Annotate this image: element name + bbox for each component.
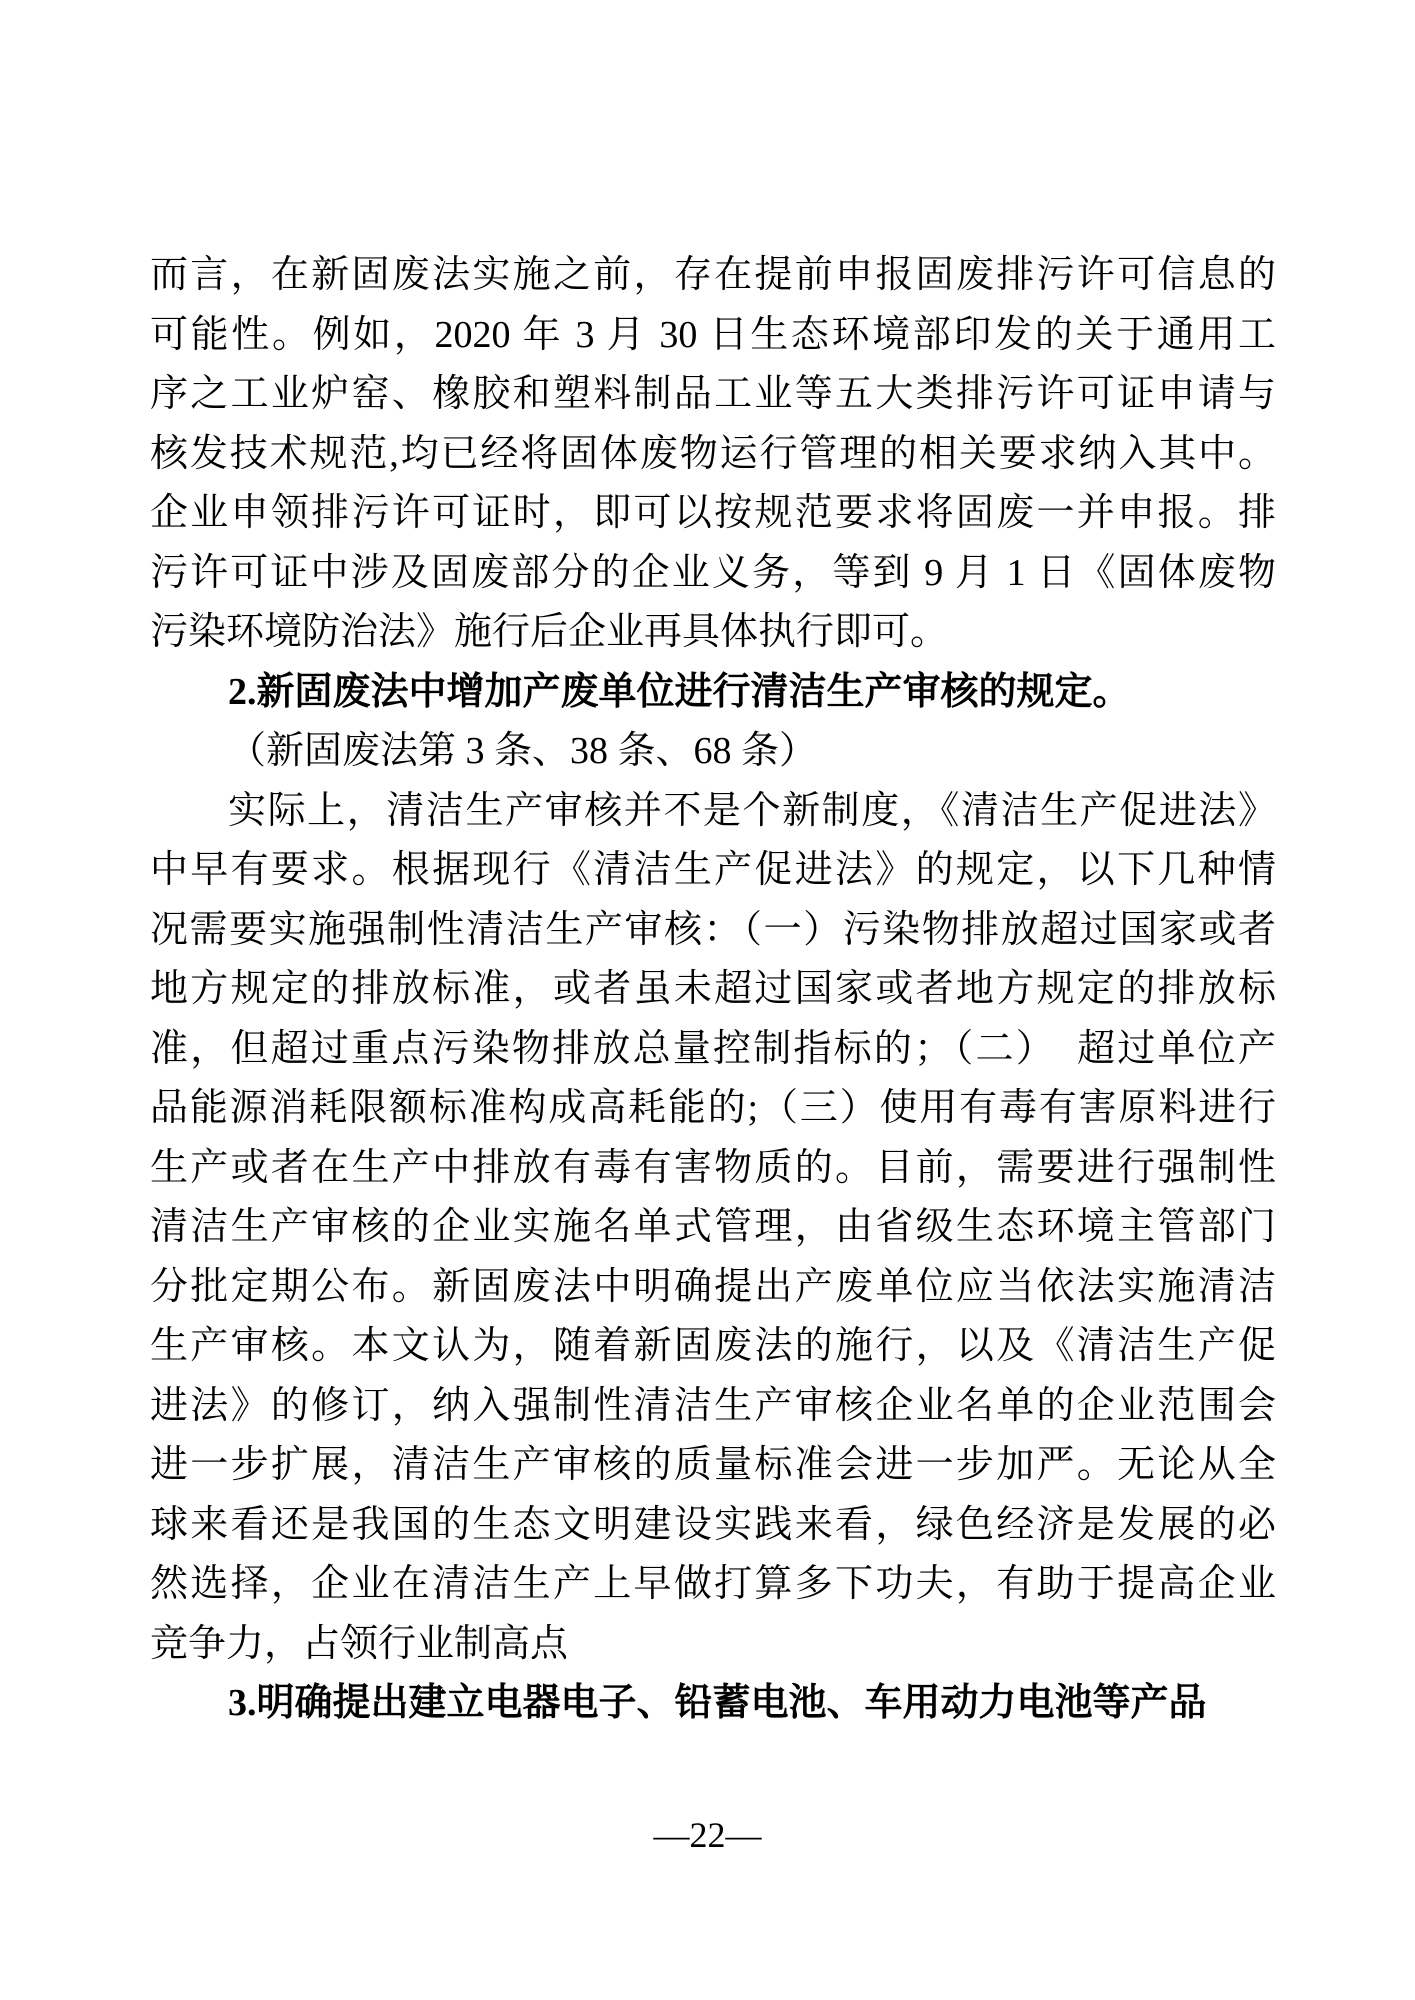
text-line: 实际上，清洁生产审核并不是个新制度，《清洁生产促进法》 [150, 782, 1276, 842]
document-text-block: 而言，在新固废法实施之前，存在提前申报固废排污许可信息的 可能性。例如，2020… [150, 246, 1276, 1734]
text-line: 球来看还是我国的生态文明建设实践来看，绿色经济是发展的必 [150, 1496, 1276, 1556]
document-page: 而言，在新固废法实施之前，存在提前申报固废排污许可信息的 可能性。例如，2020… [0, 0, 1415, 2000]
text-line: 污染环境防治法》施行后企业再具体执行即可。 [150, 603, 1276, 663]
section-heading-2: 2.新固废法中增加产废单位进行清洁生产审核的规定。 [150, 663, 1276, 723]
text-line: 地方规定的排放标准，或者虽未超过国家或者地方规定的排放标 [150, 960, 1276, 1020]
text-line: 清洁生产审核的企业实施名单式管理，由省级生态环境主管部门 [150, 1198, 1276, 1258]
text-line: 核发技术规范,均已经将固体废物运行管理的相关要求纳入其中。 [150, 425, 1276, 485]
text-line: 生产或者在生产中排放有毒有害物质的。目前，需要进行强制性 [150, 1139, 1276, 1199]
page-number: —22— [0, 1810, 1415, 1860]
text-line: 竞争力，占领行业制高点 [150, 1615, 1276, 1675]
text-line: 生产审核。本文认为，随着新固废法的施行，以及《清洁生产促 [150, 1317, 1276, 1377]
reference-line: （新固废法第 3 条、38 条、68 条） [150, 722, 1276, 782]
section-heading-3: 3.明确提出建立电器电子、铅蓄电池、车用动力电池等产品 [150, 1674, 1276, 1734]
text-line: 进一步扩展，清洁生产审核的质量标准会进一步加严。无论从全 [150, 1436, 1276, 1496]
text-line: 中早有要求。根据现行《清洁生产促进法》的规定，以下几种情 [150, 841, 1276, 901]
text-line: 况需要实施强制性清洁生产审核：（一）污染物排放超过国家或者 [150, 901, 1276, 961]
text-line: 企业申领排污许可证时，即可以按规范要求将固废一并申报。排 [150, 484, 1276, 544]
text-line: 污许可证中涉及固废部分的企业义务，等到 9 月 1 日《固体废物 [150, 544, 1276, 604]
text-line: 序之工业炉窑、橡胶和塑料制品工业等五大类排污许可证申请与 [150, 365, 1276, 425]
text-line: 准，但超过重点污染物排放总量控制指标的；（二） 超过单位产 [150, 1020, 1276, 1080]
text-line: 可能性。例如，2020 年 3 月 30 日生态环境部印发的关于通用工 [150, 306, 1276, 366]
text-line: 而言，在新固废法实施之前，存在提前申报固废排污许可信息的 [150, 246, 1276, 306]
text-line: 然选择，企业在清洁生产上早做打算多下功夫，有助于提高企业 [150, 1555, 1276, 1615]
text-line: 进法》的修订，纳入强制性清洁生产审核企业名单的企业范围会 [150, 1377, 1276, 1437]
text-line: 分批定期公布。新固废法中明确提出产废单位应当依法实施清洁 [150, 1258, 1276, 1318]
text-line: 品能源消耗限额标准构成高耗能的;（三）使用有毒有害原料进行 [150, 1079, 1276, 1139]
